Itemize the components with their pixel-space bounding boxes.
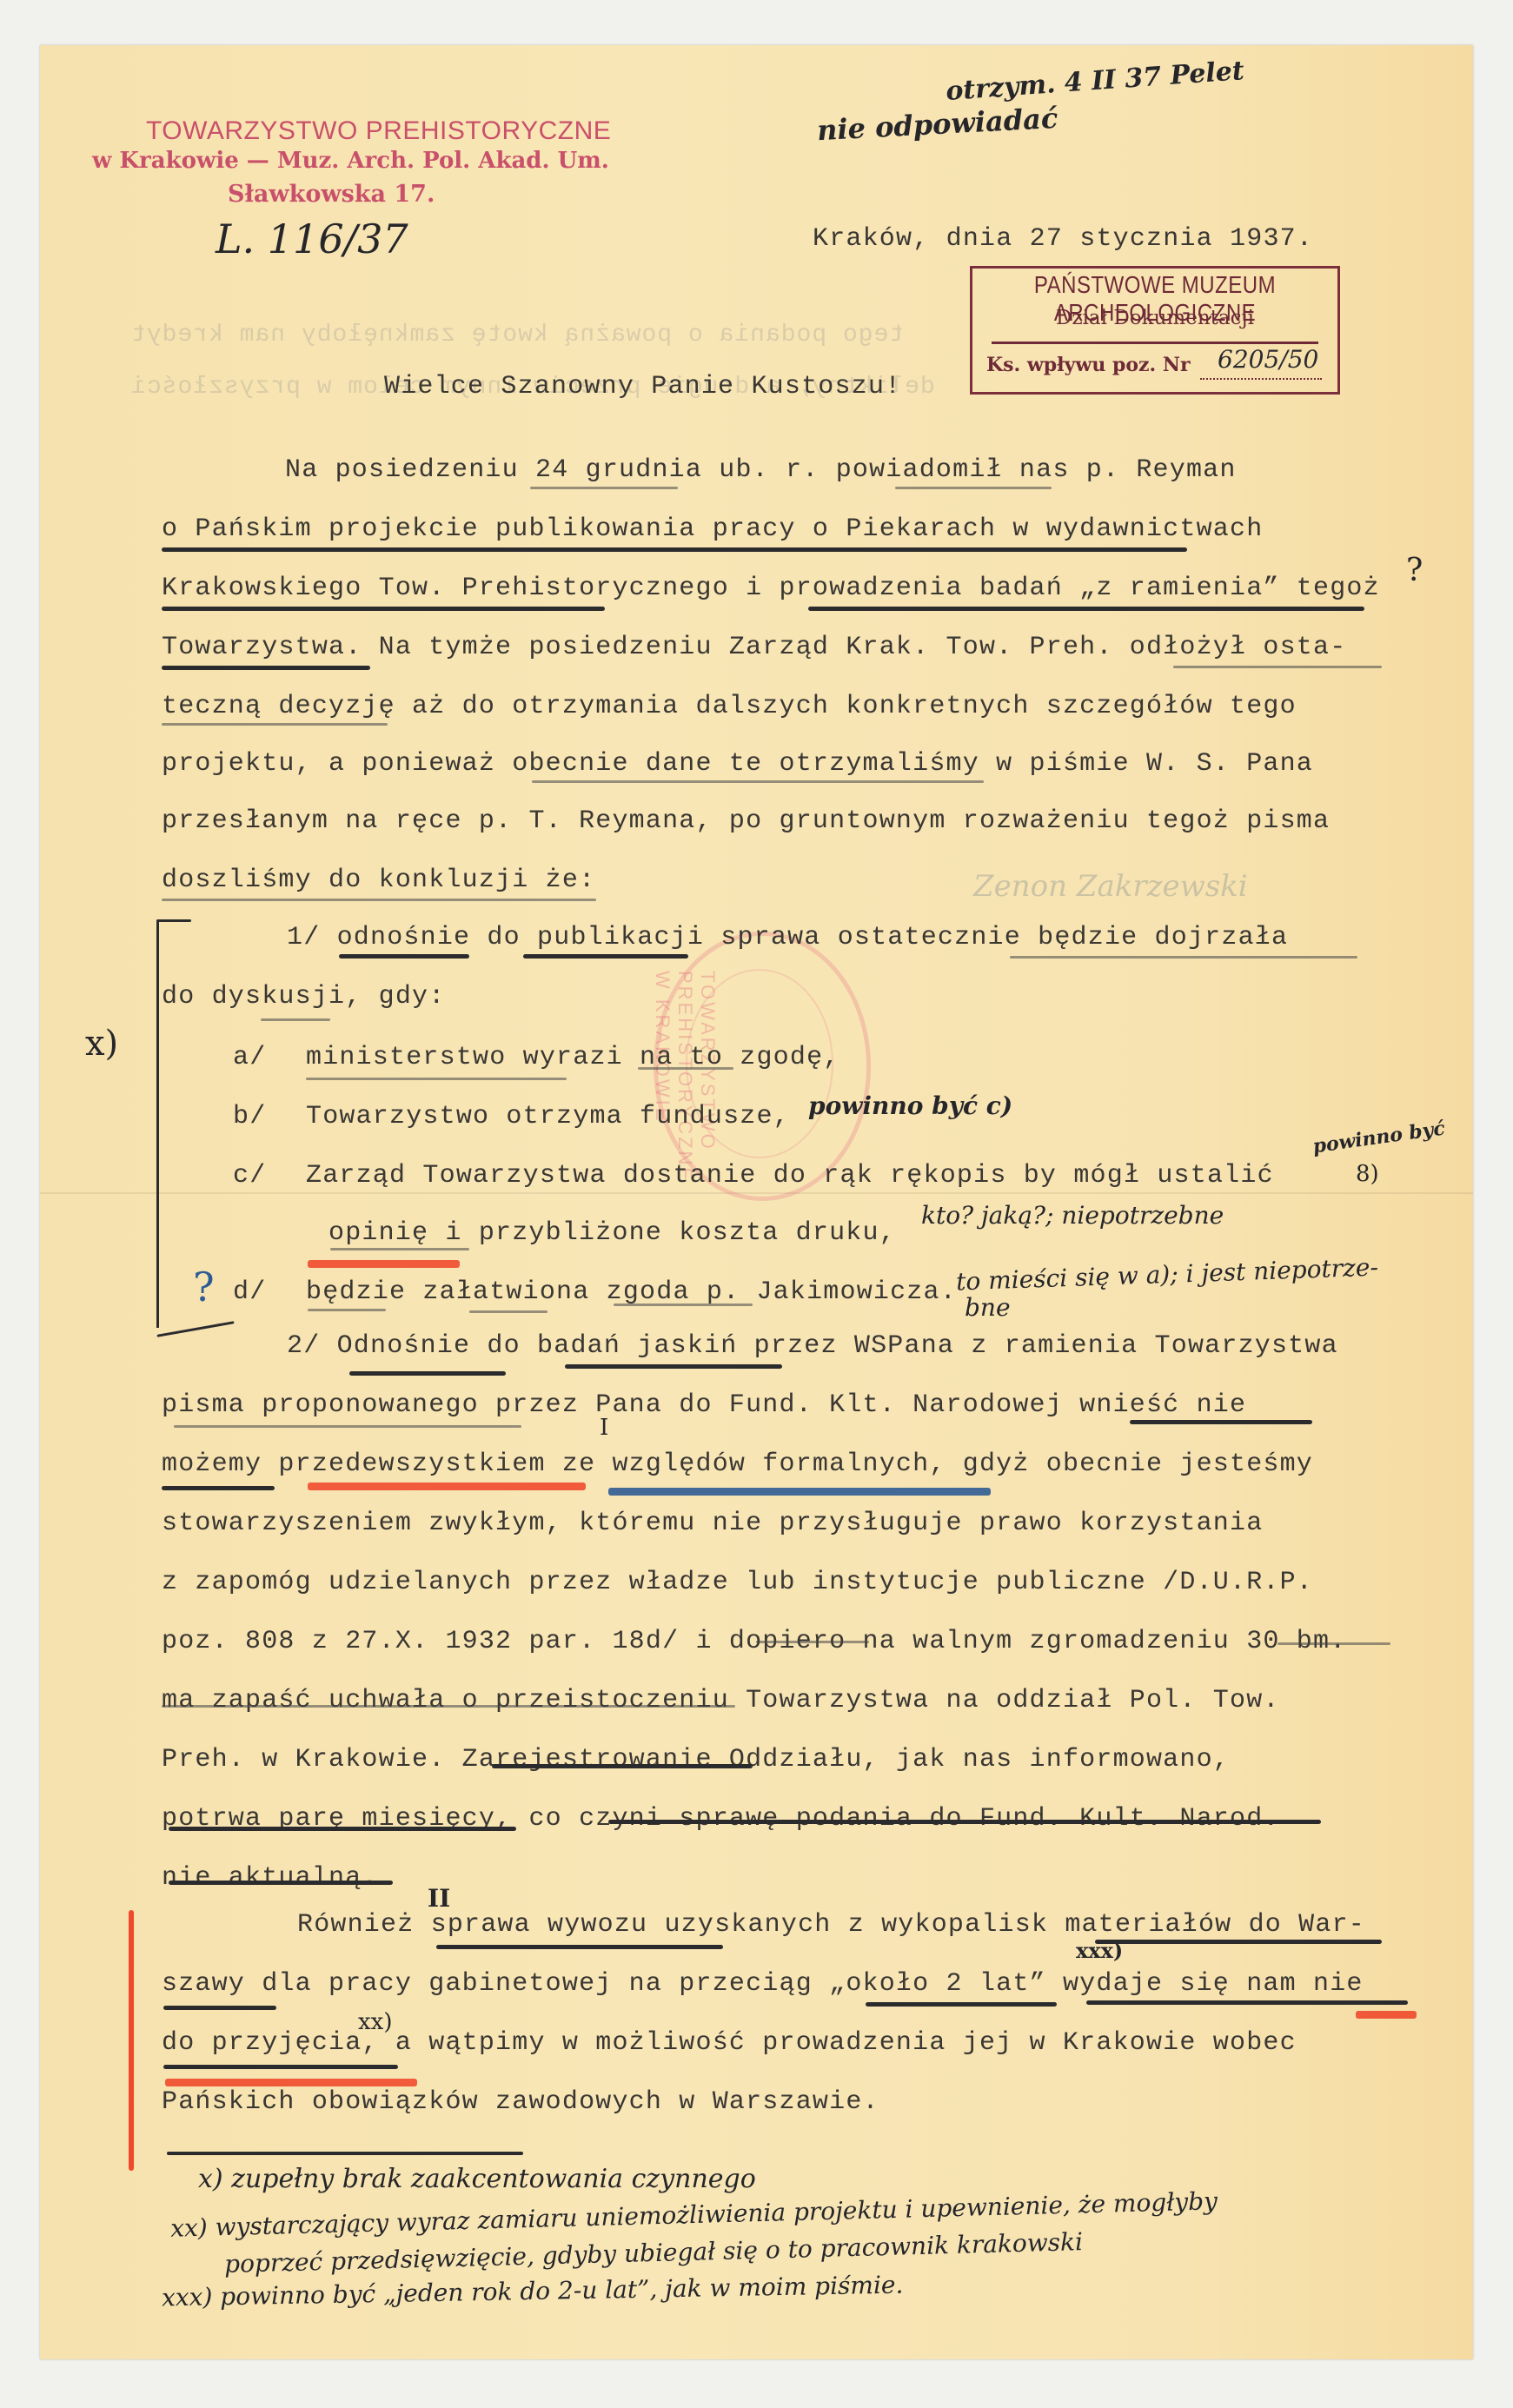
point-2-line: stowarzyszeniem zwykłym, któremu nie prz… [162,1509,1263,1538]
ink-underline [162,607,605,611]
ink-underline [1130,1420,1312,1424]
museum-stamp-dotted-line [1200,378,1322,380]
subpoint-label: c/ [233,1161,266,1191]
body-line: teczną decyzję aż do otrzymania dalszych… [162,692,1297,721]
pencil-underline [756,1641,869,1643]
bracket-top-tick [156,919,191,922]
margin-note-b: powinno być c) [808,1091,1012,1120]
margin-note-c-number: 8) [1356,1161,1379,1187]
point-2-line: z zapomóg udzielanych przez władze lub i… [162,1568,1313,1597]
red-crayon-underline [308,1483,586,1490]
pencil-underline [614,1304,753,1306]
pencil-underline [306,1078,567,1080]
body-line: przesłanym na ręce p. T. Reymana, po gru… [162,806,1330,836]
red-crayon-margin-bar [129,1910,134,2171]
point-2-line: ma zapaść uchwała o przeistoczeniu Towar… [162,1686,1280,1715]
xx-reference-mark: xx) [358,2009,392,2035]
body-line: Krakowskiego Tow. Prehistorycznego i pro… [162,574,1380,603]
subpoint-label: d/ [233,1277,266,1307]
letterhead-line-1: TOWARZYSTWO PREHISTORYCZNE [146,116,611,146]
ink-underline [349,1371,506,1376]
pencil-underline [162,1705,735,1708]
reference-number: L. 116/37 [216,216,408,262]
margin-bracket [156,921,159,1328]
museum-stamp-number: 6205/50 [1218,345,1318,374]
pencil-underline [308,1309,386,1311]
red-crayon-underline [165,2079,417,2086]
footnote-separator [167,2152,523,2155]
red-crayon-underline [1356,2011,1417,2019]
ink-underline [169,1881,393,1885]
ink-underline [866,2002,1057,2007]
margin-note-c-right: kto? jaką?; niepotrzebne [921,1201,1224,1230]
paragraph-3-line: szawy dla pracy gabinetowej na przeciąg … [162,1969,1364,1999]
blue-question-mark: ? [193,1264,215,1310]
footnote-x: x) zupełny brak zaakcentowania czynnego [198,2164,756,2194]
pencil-underline [174,1425,521,1428]
point-1-line: do dyskusji, gdy: [162,982,445,1012]
pencil-underline [1010,956,1357,959]
subpoint-text: opinię i przybliżone koszta druku, [328,1218,896,1248]
ink-underline [162,547,1187,552]
bleedthrough-line-1: tego podania o poważną kwotę zamknęłoby … [130,322,904,348]
ink-underline [169,1827,516,1831]
faint-signature: Zenon Zakrzewski [973,869,1248,904]
roman-numeral-I: I [600,1415,608,1441]
ink-underline [1086,2000,1408,2005]
point-2-line: pisma proponowanego przez Pana do Fund. … [162,1390,1246,1420]
pencil-underline [330,1248,469,1250]
subpoint-text: będzie załatwiona zgoda p. Jakimowicza. [306,1277,957,1307]
point-2-line: nie aktualną. [162,1863,379,1893]
pencil-underline [532,780,984,783]
roman-numeral-II: II [428,1884,450,1913]
salutation: Wielce Szanowny Panie Kustoszu! [384,372,901,401]
pencil-underline [162,723,388,726]
ink-underline [163,2006,276,2010]
ink-underline [162,666,370,670]
body-line: o Pańskim projekcie publikowania pracy o… [162,514,1263,544]
point-2-line: możemy przedewszystkiem ze względów form… [162,1449,1313,1479]
letterhead-line-2: w Krakowie — Muz. Arch. Pol. Akad. Um. [92,148,609,174]
ink-underline [492,1764,753,1768]
pencil-underline [895,487,1052,489]
subpoint-label: a/ [233,1043,266,1072]
body-line: Towarzystwa. Na tymże posiedzeniu Zarząd… [162,633,1346,662]
museum-registration-stamp: PAŃSTWOWE MUZEUM ARCHEOLOGICZNE Dział Do… [970,266,1340,395]
pencil-underline [261,1018,330,1021]
pencil-underline [1173,666,1382,668]
ink-underline [163,2065,398,2069]
subpoint-text: ministerstwo wyrazi na to zgodę, [306,1043,840,1072]
museum-stamp-label: Ks. wpływu poz. Nr [986,354,1191,376]
margin-note-d-cont: bne [965,1293,1011,1322]
pencil-underline [1277,1642,1390,1645]
margin-x-mark: x) [85,1024,118,1064]
red-crayon-underline [308,1260,460,1268]
round-stamp-text: TOWARZYSTWO PREHISTORYCZNE W KRAKOWIE [651,971,719,1183]
ink-underline [339,954,469,959]
ink-underline [523,954,688,959]
paragraph-3-line: Pańskich obowiązków zawodowych w Warszaw… [162,2087,879,2117]
ink-underline [565,1364,782,1369]
ink-underline [608,1820,1321,1824]
body-line: Na posiedzeniu 24 grudnia ub. r. powiado… [285,455,1237,485]
subpoint-text: Towarzystwo otrzyma fundusze, [306,1102,790,1131]
point-2-line: 2/ Odnośnie do badań jaskiń przez WSPana… [287,1331,1338,1361]
point-2-line: poz. 808 z 27.X. 1932 par. 18d/ i dopier… [162,1627,1346,1656]
paragraph-3-line: do przyjęcia, a wątpimy w możliwość prow… [162,2028,1297,2058]
museum-stamp-rule [992,342,1318,344]
ink-underline [1095,1940,1382,1944]
date-line: Kraków, dnia 27 stycznia 1937. [813,224,1313,254]
blue-crayon-underline [608,1488,991,1496]
paragraph-3-line: Również sprawa wywozu uzyskanych z wykop… [297,1910,1365,1940]
ink-underline [436,1945,723,1949]
subpoint-text: Zarząd Towarzystwa dostanie do rąk rękop… [306,1161,1274,1191]
subpoint-label: b/ [233,1102,266,1131]
body-line: projektu, a ponieważ obecnie dane te otr… [162,749,1313,779]
museum-stamp-department: Dział Dokumentacji [972,307,1337,329]
pencil-underline [469,1310,547,1313]
pencil-underline [638,1067,733,1070]
point-2-line: Preh. w Krakowie. Zarejestrowanie Oddzia… [162,1745,1230,1774]
margin-question-mark: ? [1406,553,1423,588]
point-1-line: 1/ odnośnie do publikacji sprawa ostatec… [287,923,1288,952]
ink-underline [808,607,1364,611]
pencil-underline [162,899,596,901]
body-line: doszliśmy do konkluzji że: [162,866,595,895]
pencil-underline [530,487,678,489]
ink-underline [162,1486,275,1490]
letterhead-line-3: Sławkowska 17. [228,181,435,208]
